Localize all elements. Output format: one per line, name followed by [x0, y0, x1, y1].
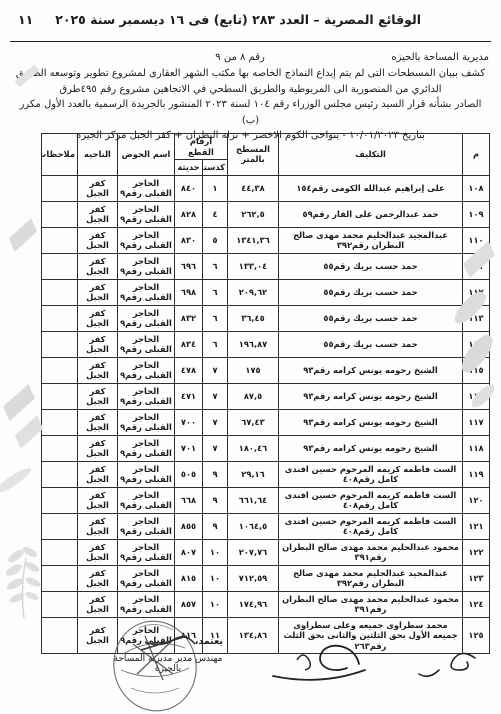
cell-assignment: عبدالمجيد عبدالحليم محمد مهدى صالح البطر…	[279, 565, 463, 591]
cell-serial: ١٢٠	[463, 487, 490, 513]
cell-district: كفر الجبل	[77, 175, 117, 201]
cell-serial: ١١٩	[463, 461, 490, 487]
cell-assignment: عبدالمجيد عبدالحليم محمد مهدى صالح البطر…	[279, 227, 463, 253]
cell-area: ٤٤,٣٨	[228, 175, 279, 201]
col-header-district: الناحيه	[77, 134, 117, 176]
cell-notes	[41, 591, 77, 617]
cell-modern: ٧٠٠	[174, 409, 202, 435]
cell-notes	[41, 253, 77, 279]
cell-assignment: الشيخ رحومه يونس كرامه رقم٩٣	[279, 409, 463, 435]
cell-modern: ٧٠١	[174, 435, 202, 461]
cell-basin: الحاجر القبلى رقم٩	[117, 435, 174, 461]
cell-serial: ١١٣	[463, 305, 490, 331]
cell-cadastral: ٧	[203, 409, 228, 435]
cell-basin: الحاجر القبلى رقم٩	[117, 175, 174, 201]
header-divider	[10, 41, 491, 42]
cell-notes	[41, 357, 77, 383]
table-row: ١٢٣ عبدالمجيد عبدالحليم محمد مهدى صالح ا…	[41, 565, 489, 591]
cell-cadastral: ٧	[203, 383, 228, 409]
cell-district: كفر الجبل	[77, 435, 117, 461]
cell-area: ١٣٤١,٣٦	[228, 227, 279, 253]
cell-assignment: حمد حسب بريك رقم٥٥	[279, 305, 463, 331]
gazette-page: الوقائع المصرية – العدد ٢٨٣ (تابع) فى ١٦…	[0, 0, 501, 714]
cell-basin: الحاجر القبلى رقم٩	[117, 227, 174, 253]
col-header-notes: ملاحظات	[41, 134, 77, 176]
cell-basin: الحاجر القبلى رقم٩	[117, 357, 174, 383]
cell-assignment: الشيخ رحومه يونس كرامه رقم٩٣	[279, 357, 463, 383]
cell-district: كفر الجبل	[77, 331, 117, 357]
cell-cadastral: ٩	[203, 513, 228, 539]
watermark-chevron-left-1	[9, 218, 37, 252]
official-round-stamp-icon	[103, 604, 213, 714]
cell-assignment: الست فاطمه كريمه المرحوم حسين افندى كامل…	[279, 461, 463, 487]
cell-cadastral: ٩	[203, 461, 228, 487]
cell-area: ١٩٦,٨٧	[228, 331, 279, 357]
cell-basin: الحاجر القبلى رقم٩	[117, 331, 174, 357]
cell-district: كفر الجبل	[77, 253, 117, 279]
cell-modern: ٨١٥	[174, 565, 202, 591]
cell-cadastral: ١	[203, 175, 228, 201]
cell-area: ٧١٢,٥٩	[228, 565, 279, 591]
cell-serial: ١٢٤	[463, 591, 490, 617]
cell-cadastral: ٥	[203, 227, 228, 253]
cell-basin: الحاجر القبلى رقم٩	[117, 201, 174, 227]
cell-cadastral: ٦	[203, 253, 228, 279]
cell-basin: الحاجر القبلى رقم٩	[117, 383, 174, 409]
cell-modern: ٥٠٥	[174, 461, 202, 487]
col-header-area: المسطح بالمتر	[228, 134, 279, 176]
table-row: ١٢٠ الست فاطمه كريمه المرحوم حسين افندى …	[41, 487, 489, 513]
cell-serial: ١١٥	[463, 357, 490, 383]
footer-block: يعتمد، مهندس مدير مديرية المساحة بالجيزة	[0, 626, 501, 714]
cell-notes	[41, 201, 77, 227]
cell-district: كفر الجبل	[77, 279, 117, 305]
cell-area: ١٧٤,٩٦	[228, 591, 279, 617]
plots-table-wrapper: م التكليف المسطح بالمتر ارقام القطع اسم …	[41, 133, 490, 654]
cell-modern: ٨٥٥	[174, 513, 202, 539]
cell-serial: ١١٤	[463, 331, 490, 357]
cell-basin: الحاجر القبلى رقم٩	[117, 487, 174, 513]
cell-district: كفر الجبل	[77, 305, 117, 331]
cell-modern: ٨٣٤	[174, 331, 202, 357]
intro-line-1: كشف ببيان المسطحات التى لم يتم إيداع الن…	[12, 66, 489, 82]
page-header: الوقائع المصرية – العدد ٢٨٣ (تابع) فى ١٦…	[10, 12, 491, 27]
cell-serial: ١٠٨	[463, 175, 490, 201]
intro-block: مديرية المساحة بالجيزه رقم ٨ من ٩ كشف بب…	[12, 50, 489, 144]
cell-district: كفر الجبل	[77, 487, 117, 513]
table-row: ١٢١ الست فاطمه كريمه المرحوم حسين افندى …	[41, 513, 489, 539]
cell-cadastral: ٧	[203, 357, 228, 383]
cell-notes	[41, 565, 77, 591]
table-row: ١١٥ الشيخ رحومه يونس كرامه رقم٩٣ ١٧٥ ٧ ٤…	[41, 357, 489, 383]
table-row: ١١٨ الشيخ رحومه يونس كرامه رقم٩٣ ١٨٠,٤٦ …	[41, 435, 489, 461]
cell-district: كفر الجبل	[77, 227, 117, 253]
cell-assignment: محمود عبدالحليم محمد مهدى صالح البطران ر…	[279, 591, 463, 617]
cell-modern: ٦٩٦	[174, 253, 202, 279]
watermark-chevron-left-2	[3, 384, 35, 421]
cell-assignment: على إبراهيم عبدالله الكومى رقم١٥٤	[279, 175, 463, 201]
table-row: ١٠٨ على إبراهيم عبدالله الكومى رقم١٥٤ ٤٤…	[41, 175, 489, 201]
cell-serial: ١١٨	[463, 435, 490, 461]
cell-modern: ٨٣٠	[174, 227, 202, 253]
cell-assignment: الست فاطمه كريمه المرحوم حسين افندى كامل…	[279, 487, 463, 513]
col-header-cadastral: كدستر	[203, 160, 228, 176]
sheet-number: رقم ٨ من ٩	[215, 50, 265, 66]
cell-modern: ٨٠٧	[174, 539, 202, 565]
col-header-serial: م	[463, 134, 490, 176]
cell-notes	[41, 331, 77, 357]
cell-serial: ١٢١	[463, 513, 490, 539]
cell-notes	[41, 227, 77, 253]
cell-area: ٢٦٢,٥	[228, 201, 279, 227]
cell-serial: ١٠٩	[463, 201, 490, 227]
cell-district: كفر الجبل	[77, 201, 117, 227]
handwritten-name-scribble	[131, 626, 201, 656]
cell-basin: الحاجر القبلى رقم٩	[117, 305, 174, 331]
col-header-assignment: التكليف	[279, 134, 463, 176]
cell-notes	[41, 539, 77, 565]
cell-area: ٦٦١,٦٤	[228, 487, 279, 513]
cell-modern: ٦٦٨	[174, 487, 202, 513]
cell-cadastral: ٩	[203, 487, 228, 513]
table-row: ١١٢ حمد حسب بريك رقم٥٥ ٢٠٩,٦٢ ٦ ٦٩٨ الحا…	[41, 279, 489, 305]
cell-assignment: حمد حسب بريك رقم٥٥	[279, 279, 463, 305]
col-header-basin: اسم الحوض	[117, 134, 174, 176]
gazette-title: الوقائع المصرية – العدد ٢٨٣ (تابع) فى ١٦…	[55, 12, 491, 27]
table-row: ١١٤ حمد حسب بريك رقم٥٥ ١٩٦,٨٧ ٦ ٨٣٤ الحا…	[41, 331, 489, 357]
cell-area: ١٨٠,٤٦	[228, 435, 279, 461]
cell-basin: الحاجر القبلى رقم٩	[117, 253, 174, 279]
cell-basin: الحاجر القبلى رقم٩	[117, 565, 174, 591]
cell-area: ١٠٦٤,٥	[228, 513, 279, 539]
cell-area: ١٧٥	[228, 357, 279, 383]
cell-modern: ٤٧٨	[174, 357, 202, 383]
cell-basin: الحاجر القبلى رقم٩	[117, 513, 174, 539]
cell-modern: ٤٧١	[174, 383, 202, 409]
cell-cadastral: ٧	[203, 435, 228, 461]
cell-cadastral: ٦	[203, 331, 228, 357]
watermark-chevron-left-3	[15, 415, 43, 449]
cell-assignment: الشيخ رحومه يونس كرامه رقم٩٣	[279, 383, 463, 409]
intro-line-2: الدائري من المنصورية الى المريوطية والطر…	[12, 82, 489, 98]
intro-line-3: الصادر بشأنه قرار السيد رئيس مجلس الوزرا…	[12, 97, 489, 128]
table-body: ١٠٨ على إبراهيم عبدالله الكومى رقم١٥٤ ٤٤…	[41, 175, 489, 654]
cell-district: كفر الجبل	[77, 409, 117, 435]
col-header-modern: حديثة	[174, 160, 202, 176]
cell-modern: ٨٣٢	[174, 305, 202, 331]
col-header-plot-numbers: ارقام القطع	[174, 134, 227, 160]
cell-basin: الحاجر القبلى رقم٩	[117, 409, 174, 435]
cell-notes	[41, 305, 77, 331]
cell-district: كفر الجبل	[77, 565, 117, 591]
cell-area: ٦٧,٤٣	[228, 409, 279, 435]
cell-district: كفر الجبل	[77, 357, 117, 383]
cell-notes	[41, 487, 77, 513]
cell-assignment: الست فاطمه كريمه المرحوم حسين افندى كامل…	[279, 513, 463, 539]
cell-cadastral: ٦	[203, 279, 228, 305]
cell-area: ٢٠٧,٧٦	[228, 539, 279, 565]
cell-modern: ٨٤٠	[174, 175, 202, 201]
cell-area: ٨٧,٥	[228, 383, 279, 409]
watermark-stroke-left	[0, 464, 33, 495]
cell-notes	[41, 461, 77, 487]
cell-notes	[41, 435, 77, 461]
cell-cadastral: ٦	[203, 305, 228, 331]
cell-notes	[41, 175, 77, 201]
cell-district: كفر الجبل	[77, 539, 117, 565]
cell-serial: ١٢٢	[463, 539, 490, 565]
directorate-name: مديرية المساحة بالجيزه	[391, 50, 489, 66]
plots-table: م التكليف المسطح بالمتر ارقام القطع اسم …	[41, 133, 490, 654]
signature-scribble-main	[263, 634, 373, 690]
cell-modern: ٦٩٨	[174, 279, 202, 305]
cell-district: كفر الجبل	[77, 513, 117, 539]
cell-basin: الحاجر القبلى رقم٩	[117, 279, 174, 305]
cell-assignment: حمد حسب بريك رقم٥٥	[279, 331, 463, 357]
cell-serial: ١٢٣	[463, 565, 490, 591]
table-row: ١١٧ الشيخ رحومه يونس كرامه رقم٩٣ ٦٧,٤٣ ٧…	[41, 409, 489, 435]
cell-serial: ١١٧	[463, 409, 490, 435]
table-row: ١١٣ حمد حسب بريك رقم٥٥ ٣٦,٤٥ ٦ ٨٣٢ الحاج…	[41, 305, 489, 331]
cell-notes	[41, 279, 77, 305]
cell-serial: ١١٢	[463, 279, 490, 305]
cell-assignment: الشيخ رحومه يونس كرامه رقم٩٣	[279, 435, 463, 461]
cell-notes	[41, 409, 77, 435]
table-header: م التكليف المسطح بالمتر ارقام القطع اسم …	[41, 134, 489, 176]
cell-assignment: حمد حسب بريك رقم٥٥	[279, 253, 463, 279]
cell-area: ٣٦,٤٥	[228, 305, 279, 331]
table-row: ١١٠ عبدالمجيد عبدالحليم محمد مهدى صالح ا…	[41, 227, 489, 253]
table-row: ١١٩ الست فاطمه كريمه المرحوم حسين افندى …	[41, 461, 489, 487]
cell-cadastral: ٤	[203, 201, 228, 227]
cell-area: ٢٩,١٦	[228, 461, 279, 487]
cell-cadastral: ١٠	[203, 539, 228, 565]
cell-assignment: حمد عبدالرحمن على الفار رقم٥٩	[279, 201, 463, 227]
cell-serial: ١١١	[463, 253, 490, 279]
cell-notes	[41, 513, 77, 539]
cell-modern: ٨٢٨	[174, 201, 202, 227]
table-row: ١١٦ الشيخ رحومه يونس كرامه رقم٩٣ ٨٧,٥ ٧ …	[41, 383, 489, 409]
table-row: ١٢٢ محمود عبدالحليم محمد مهدى صالح البطر…	[41, 539, 489, 565]
cell-basin: الحاجر القبلى رقم٩	[117, 461, 174, 487]
cell-assignment: محمود عبدالحليم محمد مهدى صالح البطران ر…	[279, 539, 463, 565]
table-row: ١١١ حمد حسب بريك رقم٥٥ ١٣٣,٠٤ ٦ ٦٩٦ الحا…	[41, 253, 489, 279]
laurel-branch-watermark-icon	[2, 540, 46, 620]
cell-basin: الحاجر القبلى رقم٩	[117, 539, 174, 565]
page-number: ١١	[10, 12, 33, 27]
cell-serial: ١١٠	[463, 227, 490, 253]
cell-cadastral: ١٠	[203, 565, 228, 591]
table-row: ١٠٩ حمد عبدالرحمن على الفار رقم٥٩ ٢٦٢,٥ …	[41, 201, 489, 227]
cell-serial: ١١٦	[463, 383, 490, 409]
cell-area: ٢٠٩,٦٢	[228, 279, 279, 305]
cell-notes	[41, 383, 77, 409]
cell-area: ١٣٣,٠٤	[228, 253, 279, 279]
cell-district: كفر الجبل	[77, 461, 117, 487]
signature-scribble-secondary	[411, 644, 481, 684]
cell-district: كفر الجبل	[77, 383, 117, 409]
